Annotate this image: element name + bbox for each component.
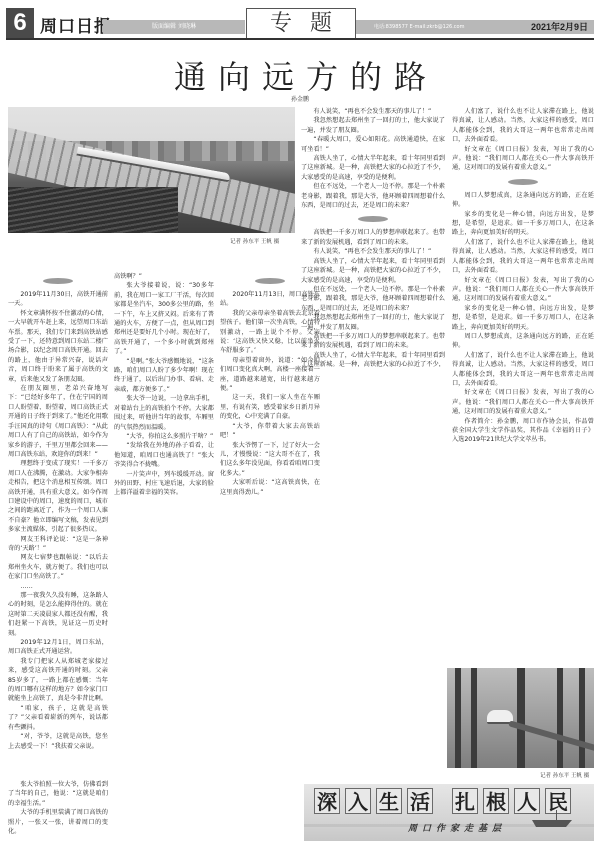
photo-caption: 记者 孙东平 王帆 摄 <box>230 237 279 245</box>
article-title: 通向远方的路 <box>0 52 600 98</box>
photo-tree <box>517 668 525 768</box>
paragraph: “发给我在外地的孙子看看，让他知道，咱周口也通高铁了！”张大爷笑得合不拢嘴。 <box>114 441 214 469</box>
paragraph: 人们富了，说什么也不让人家滞在路上，他说得真诚，让人感动。当然，大家这样的感受，… <box>452 238 594 276</box>
train-in-woods-photo <box>447 668 594 768</box>
paragraph: 理想终于变成了现实！一千多万周口人在沸腾，在激动。大家争相奔走相告，把这个消息相… <box>8 459 108 534</box>
newspaper-masthead: 周口日报 <box>40 12 112 37</box>
contact-info: 电话:8398577 E-mail:zkrb@126.com <box>374 24 464 30</box>
banner-char: 生 <box>376 788 402 814</box>
banner-char: 活 <box>407 788 433 814</box>
banner-char: 深 <box>314 788 340 814</box>
header-rule <box>6 38 594 40</box>
photo-tree <box>455 668 461 768</box>
section-label: 专题 <box>246 8 356 38</box>
paragraph: 一片笑声中，列车缓缓开动。窗外的田野、村庄飞速后退，大家的脸上都洋溢着幸福的笑容… <box>114 470 214 498</box>
paragraph: 家乡的变化是一种心情，向远方出发，是梦想，是希望，是追求。如一千多万周口人，在这… <box>452 210 594 238</box>
paragraph: 周口人梦想成真，这条通向远方的路，正在延伸。 <box>452 332 594 351</box>
paragraph: 那一夜我久久没有睡，这条路人心的时刻，是怎么能抑得住的。就在这时第二天凌晨家人都… <box>8 591 108 638</box>
paragraph: 有人说笑，“再也不会发生那天的事儿了！” <box>301 107 445 116</box>
photo-tree <box>557 668 563 768</box>
paragraph: 高铁人坐了，心情大半年起来，看十年同里看到了这座新城。是一种，高铁把大家的心拉近… <box>301 154 445 182</box>
article-column-4: 有人说笑，“再也不会发生那天的事儿了！” 我忽然想起去郑州坐了一回打的士，他大家… <box>301 107 445 367</box>
author-bio: 作者简介：孙金鹏，周口市作协会员，作品曾获全国大学生文学作品奖，其作品《幸福的日… <box>452 417 594 445</box>
banner-char: 入 <box>345 788 371 814</box>
paragraph: 张大爷接着说，说：“30多年前，我在周口一家工厂干活，每次回家都是坐汽车，300… <box>114 281 214 356</box>
section-divider-icon <box>43 278 73 284</box>
photo-farm-field <box>8 187 178 233</box>
paragraph: …… <box>8 582 108 591</box>
page-header: 6 周口日报 版面编辑 刘晓琳 专题 电话:8398577 E-mail:zkr… <box>6 8 594 38</box>
paragraph: 我忽然想起去郑州坐了一回打的士，他大家说了一遍，并发了朋友圈。 <box>301 313 445 332</box>
paragraph: 周口人梦想成真，这条通向远方的路，正在延伸。 <box>452 191 594 210</box>
page-number: 6 <box>6 8 34 38</box>
paragraph: 怀文章满怀按不住激动的心情，一大早就开车赶上来，远望周口东站车票。那天，我们专门… <box>8 309 108 384</box>
section-divider-icon <box>358 216 388 222</box>
paragraph: 我忽然想起去郑州坐了一回打的士，他大家说了一遍，并发了朋友圈。 <box>301 116 445 135</box>
column-banner: 深 入 生 活 扎 根 人 民 周口作家走基层 <box>304 784 594 841</box>
paragraph: 但在不远处，一个老人一边不停。那是一个朴素老身影，跟着我，那是大爷，他环顾着四周… <box>301 285 445 313</box>
paragraph: 2019年12月1日，周口东站，周口高铁正式开通运营。 <box>8 638 108 657</box>
article-column-1-bottom: 张大爷拍照一位大爷，仿佛看到了当年的自己，他说：“这就是咱们的幸福生活。” 大爷… <box>8 780 108 840</box>
paragraph: “是啊。”张大爷感慨地说，“这条路，咱们周口人盼了多少年啊！现在终于通了，以后出… <box>114 357 214 395</box>
banner-subtitle: 周口作家走基层 <box>408 821 506 834</box>
boat-mast-icon <box>556 810 557 820</box>
paragraph: 高铁人坐了，心情大半年起来，看十年同里看到了这座新城。是一种，高铁把大家的心拉近… <box>301 257 445 285</box>
banner-char: 民 <box>545 788 571 814</box>
article-column-2: 高铁啊？” 张大爷接着说，说：“30多年前，我在周口一家工厂干活，每次回家都是坐… <box>114 272 214 780</box>
paragraph: 高铁把一千多万周口人的梦想串联起来了。也带来了新的发展机遇，看到了周口的未来。 <box>301 228 445 247</box>
section-divider-icon <box>255 278 285 284</box>
paragraph: “大爷，你拍这么多照片干啥？” <box>114 432 214 441</box>
article-byline: 孙金鹏 <box>0 94 600 103</box>
paragraph: 2019年11月30日，高铁开通前一天。 <box>8 290 108 309</box>
paragraph: 但在不远处，一个老人一边不停。那是一个朴素老身影，跟着我，那是大爷，他环顾着四周… <box>301 182 445 210</box>
paragraph: 好文章在《周口日报》发表，写出了我的心声。他说：“我们周口人都在关心一件大事高铁… <box>452 388 594 416</box>
paragraph: 这一天，我们一家人坐在车厢里，有说有笑，感受着家乡日新月异的变化，心中充满了自豪… <box>220 393 320 421</box>
paragraph: 在朋友圈里，老弟兴奋地写下：“已经好多年了，住在宁国的周口人盼望着、盼望着，周口… <box>8 384 108 459</box>
section-divider-icon <box>508 179 538 185</box>
paragraph: 高铁把一千多万周口人的梦想串联起来了。也带来了新的发展机遇，看到了周口的未来。 <box>301 332 445 351</box>
paragraph: 张大爷拍照一位大爷，仿佛看到了当年的自己，他说：“这就是咱们的幸福生活。” <box>8 780 108 808</box>
photo-tree <box>471 668 477 768</box>
paragraph: 人们富了，说什么也不让人家滞在路上，他说得真诚，让人感动。当然，大家这样的感受，… <box>452 107 594 145</box>
paragraph: 高铁啊？” <box>114 272 214 281</box>
editor-bar: 版面编辑 刘晓琳 <box>103 20 245 34</box>
paragraph: 有人说笑，“再也不会发生那天的事儿了！” <box>301 247 445 256</box>
banner-char: 根 <box>483 788 509 814</box>
paragraph: 我专门把家人从郑城老家接过来，感受这高铁开通的时刻。父亲85岁多了，一路上都在感… <box>8 657 108 704</box>
paragraph: 好文章在《周口日报》发表，写出了我的心声。他说：“我们周口人都在关心一件大事高铁… <box>452 276 594 304</box>
high-speed-train-photo <box>8 107 295 233</box>
issue-date: 2021年2月9日 <box>531 20 588 34</box>
article-column-5: 人们富了，说什么也不让人家滞在路上，他说得真诚，让人感动。当然，大家这样的感受，… <box>452 107 594 647</box>
paragraph: 张大爷一边说，一边拿出手机，对着站台上的高铁拍个不停。大家都围过来，听他讲当年的… <box>114 394 214 432</box>
paragraph: 家乡的变化是一种心情，向远方出发，是梦想，是希望，是追求。如一千多万周口人，在这… <box>452 304 594 332</box>
paragraph: 高铁人坐了，心情大半年起来，看十年同里看到了这座新城。是一种，高铁把大家的心拉近… <box>301 351 445 367</box>
paragraph: 人们富了，说什么也不让人家滞在路上，他说得真诚，让人感动。当然，大家这样的感受，… <box>452 351 594 389</box>
paragraph: “春暖大周口，爱心如阳花。高铁通道快，在家可坐看！” <box>301 135 445 154</box>
banner-char: 扎 <box>452 788 478 814</box>
paragraph: 好文章在《周口日报》发表，写出了我的心声。他说：“我们周口人都在关心一件大事高铁… <box>452 145 594 173</box>
paragraph: “咱家，孩子，这就是高铁了？”父亲看着崭新的列车，说话都有些颤抖。 <box>8 704 108 732</box>
article-column-1: 2019年11月30日，高铁开通前一天。 怀文章满怀按不住激动的心情，一大早就开… <box>8 272 108 780</box>
banner-char: 人 <box>514 788 540 814</box>
paragraph: 大家听后说：“这高铁真快，在这里真得劲儿。” <box>220 478 320 497</box>
contact-bar: 电话:8398577 E-mail:zkrb@126.com 2021年2月9日 <box>356 20 594 34</box>
paragraph: “大爷，你带着大家去高铁站吧！” <box>220 422 320 441</box>
boat-icon <box>532 820 572 827</box>
paragraph: 网友七宿梦也跟帖说：“以后去郑州坐火车，就方便了。我们也可以在家门口坐高铁了。” <box>8 553 108 581</box>
paragraph: 大爷的手机里装满了周口高铁的照片，一张又一张，讲着周口的变化。 <box>8 808 108 836</box>
paragraph: “对，爷爷，这就是高铁，您坐上去感受一下！”我扶着父亲说。 <box>8 732 108 751</box>
banner-slogan: 深 入 生 活 扎 根 人 民 <box>314 788 571 814</box>
paragraph: 张大爷愣了一下，过了好大一会儿，才慢慢说：“这大哥不在了，我们这么多年没见面，你… <box>220 441 320 479</box>
photo-tree <box>579 668 585 768</box>
photo-caption: 记者 孙东平 王帆 摄 <box>540 771 589 779</box>
paragraph: 网友王科评论说：“这是一条神奇的‘天路’！” <box>8 535 108 554</box>
